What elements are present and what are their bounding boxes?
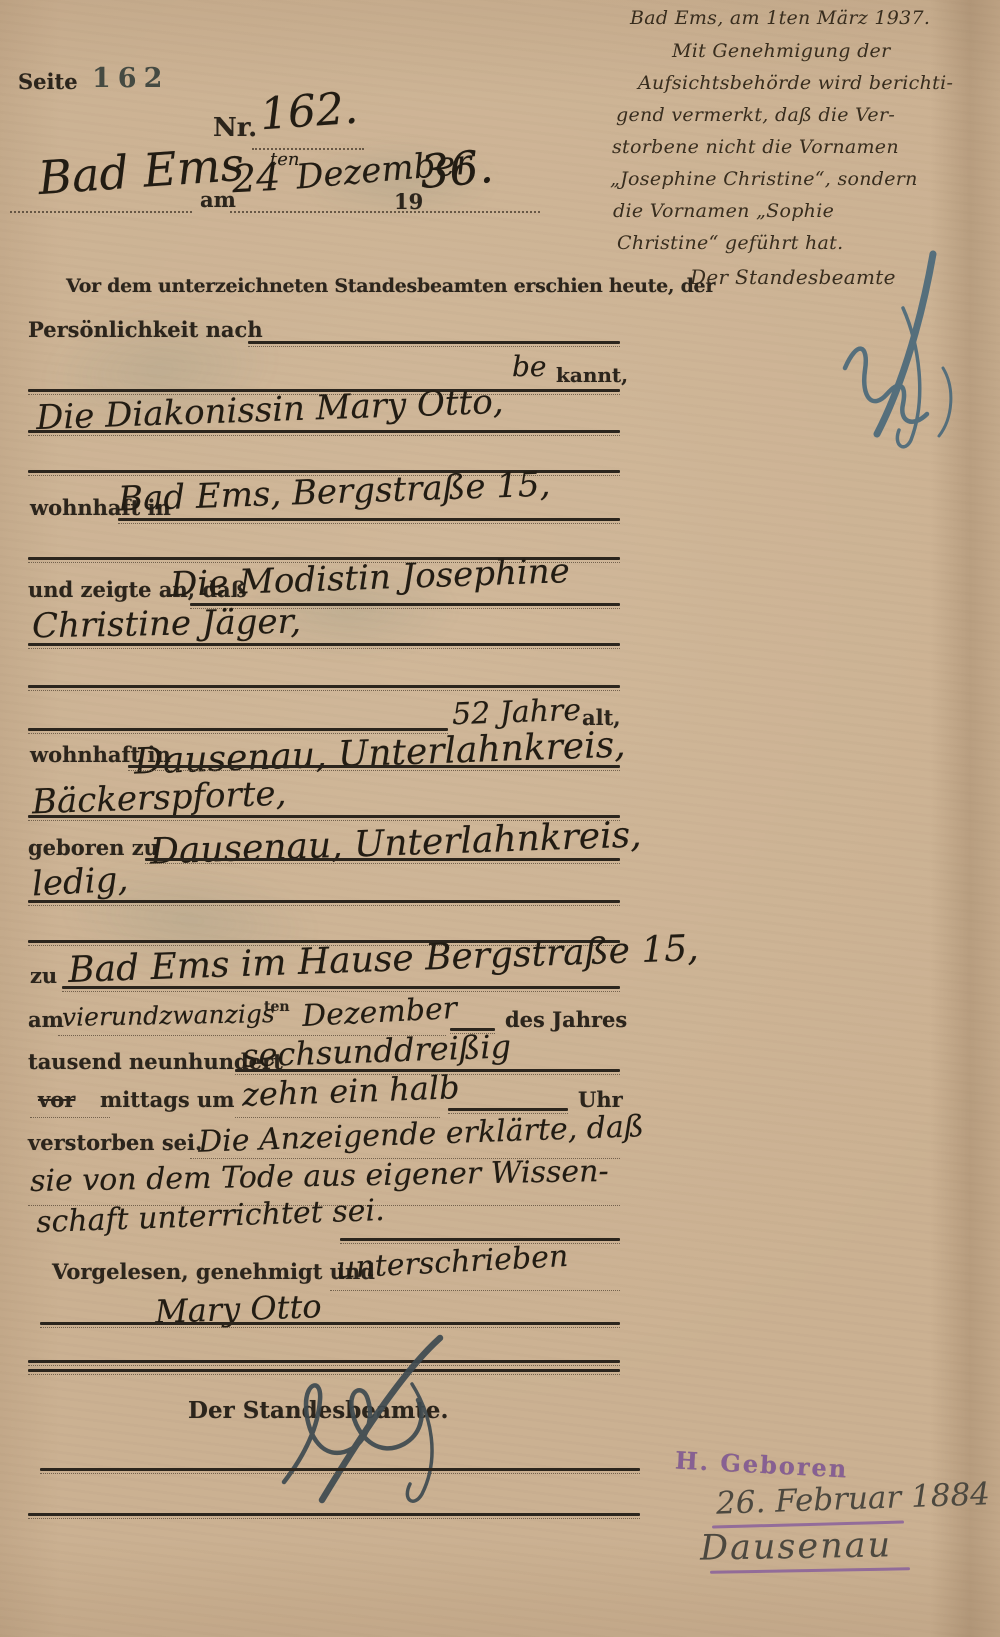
rule-line [40, 1322, 620, 1329]
margin-note-line: „Josephine Christine“, sondern [610, 169, 918, 190]
registrar-signature-flourish [262, 1332, 487, 1507]
purple-underline [710, 1567, 910, 1573]
vorgelesen-label: Vorgelesen, genehmigt und [52, 1260, 375, 1283]
vor-label-struck: vor [38, 1088, 75, 1111]
am-label: am [200, 188, 236, 211]
year-prefix-label: 19 [394, 190, 423, 213]
birth-date-written: 26. Februar 1884 [715, 1477, 990, 1521]
bekannt-prefix-written: be [512, 352, 547, 383]
rule-line [128, 765, 620, 772]
rule-line [330, 1285, 620, 1292]
geboren-stamp: H. Geboren [674, 1447, 848, 1482]
rule-line [30, 1112, 110, 1119]
dotted-underline [230, 211, 540, 213]
intro-line: Vor dem unterzeichneten Standesbeamten e… [66, 276, 715, 297]
uhr-label: Uhr [578, 1088, 623, 1111]
death-day-written: vierundzwanzigs [62, 1000, 275, 1031]
rule-line [145, 858, 620, 865]
page-number-stamp: 162 [92, 64, 169, 94]
margin-note-line: Bad Ems, am 1ten März 1937. [630, 8, 930, 29]
margin-note-line: gend vermerkt, daß die Ver- [616, 105, 895, 126]
des-jahres-label: des Jahres [505, 1008, 627, 1031]
rule-line [118, 518, 620, 525]
death-month-written: Dezember [301, 992, 458, 1033]
verstorben-label: verstorben sei. [28, 1131, 202, 1154]
registrar-signature-blue-ink [815, 248, 980, 448]
geboren-label: geboren zu [28, 836, 159, 859]
dotted-underline [10, 211, 192, 213]
mittags-label: mittags um [100, 1088, 235, 1111]
death-register-page: Seite 162 Nr. 162. Bad Ems am 24 ten Dez… [0, 0, 1000, 1637]
death-time-written: zehn ein halb [241, 1070, 460, 1113]
zu-label: zu [30, 964, 57, 987]
persoenlichkeit-label: Persönlichkeit nach [28, 318, 263, 341]
death-year-written: sechsunddreißig [241, 1029, 511, 1074]
unterschrieben-written: unterschrieben [335, 1240, 569, 1285]
ten-suffix-label: ten [264, 1000, 290, 1015]
margin-note-line: storbene nicht die Vornamen [612, 137, 899, 158]
record-year-written: 36. [418, 141, 495, 198]
declaration-line2: sie von dem Tode aus eigener Wissen- [30, 1155, 609, 1198]
dotted-underline [252, 148, 364, 150]
rule-line [28, 685, 620, 692]
record-number-value: 162. [258, 85, 359, 140]
rule-line [28, 643, 620, 650]
marital-status-written: ledig, [31, 862, 129, 904]
birth-place-written: Dausenau [700, 1526, 893, 1568]
rule-line [40, 1468, 640, 1475]
rule-line [28, 430, 620, 437]
rule-line [248, 341, 620, 348]
am-death-label: am [28, 1008, 64, 1031]
deceased-name-line2: Christine Jäger, [32, 604, 302, 646]
margin-note-line: die Vornamen „Sophie [613, 201, 834, 222]
margin-note-line: Mit Genehmigung der [672, 41, 890, 62]
kannt-label: kannt, [556, 364, 628, 386]
rule-line [62, 986, 620, 993]
margin-note-line: Christine“ geführt hat. [617, 233, 843, 254]
rule-line [28, 1513, 640, 1520]
margin-note-line: Aufsichtsbehörde wird berichti- [638, 73, 953, 94]
page-number-label: Seite [18, 70, 78, 93]
rule-line [28, 900, 620, 907]
